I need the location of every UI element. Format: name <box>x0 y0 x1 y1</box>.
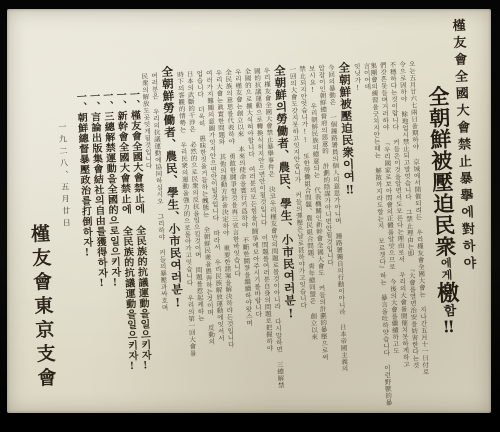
title-particle: 에게 <box>439 257 453 282</box>
document-sheet: 槿友會全國大會禁止暴擧에對하야 全朝鮮被壓迫民衆에게檄함‼ 오는五月廿六七兩日을… <box>7 9 491 413</box>
title-gek-char: 檄 <box>433 281 460 305</box>
photo-background: 槿友會全國大會禁止暴擧에對하야 全朝鮮被壓迫民衆에게檄함‼ 오는五月廿六七兩日을… <box>0 0 500 432</box>
title-ham-char: 함 <box>440 303 456 317</box>
title-exclamation: ‼ <box>439 317 459 337</box>
signature-line: 槿友會東京支會 <box>19 19 58 413</box>
document-text-block: 槿友會全國大會禁止暴擧에對하야 全朝鮮被壓迫民衆에게檄함‼ 오는五月廿六七兩日을… <box>7 9 491 413</box>
